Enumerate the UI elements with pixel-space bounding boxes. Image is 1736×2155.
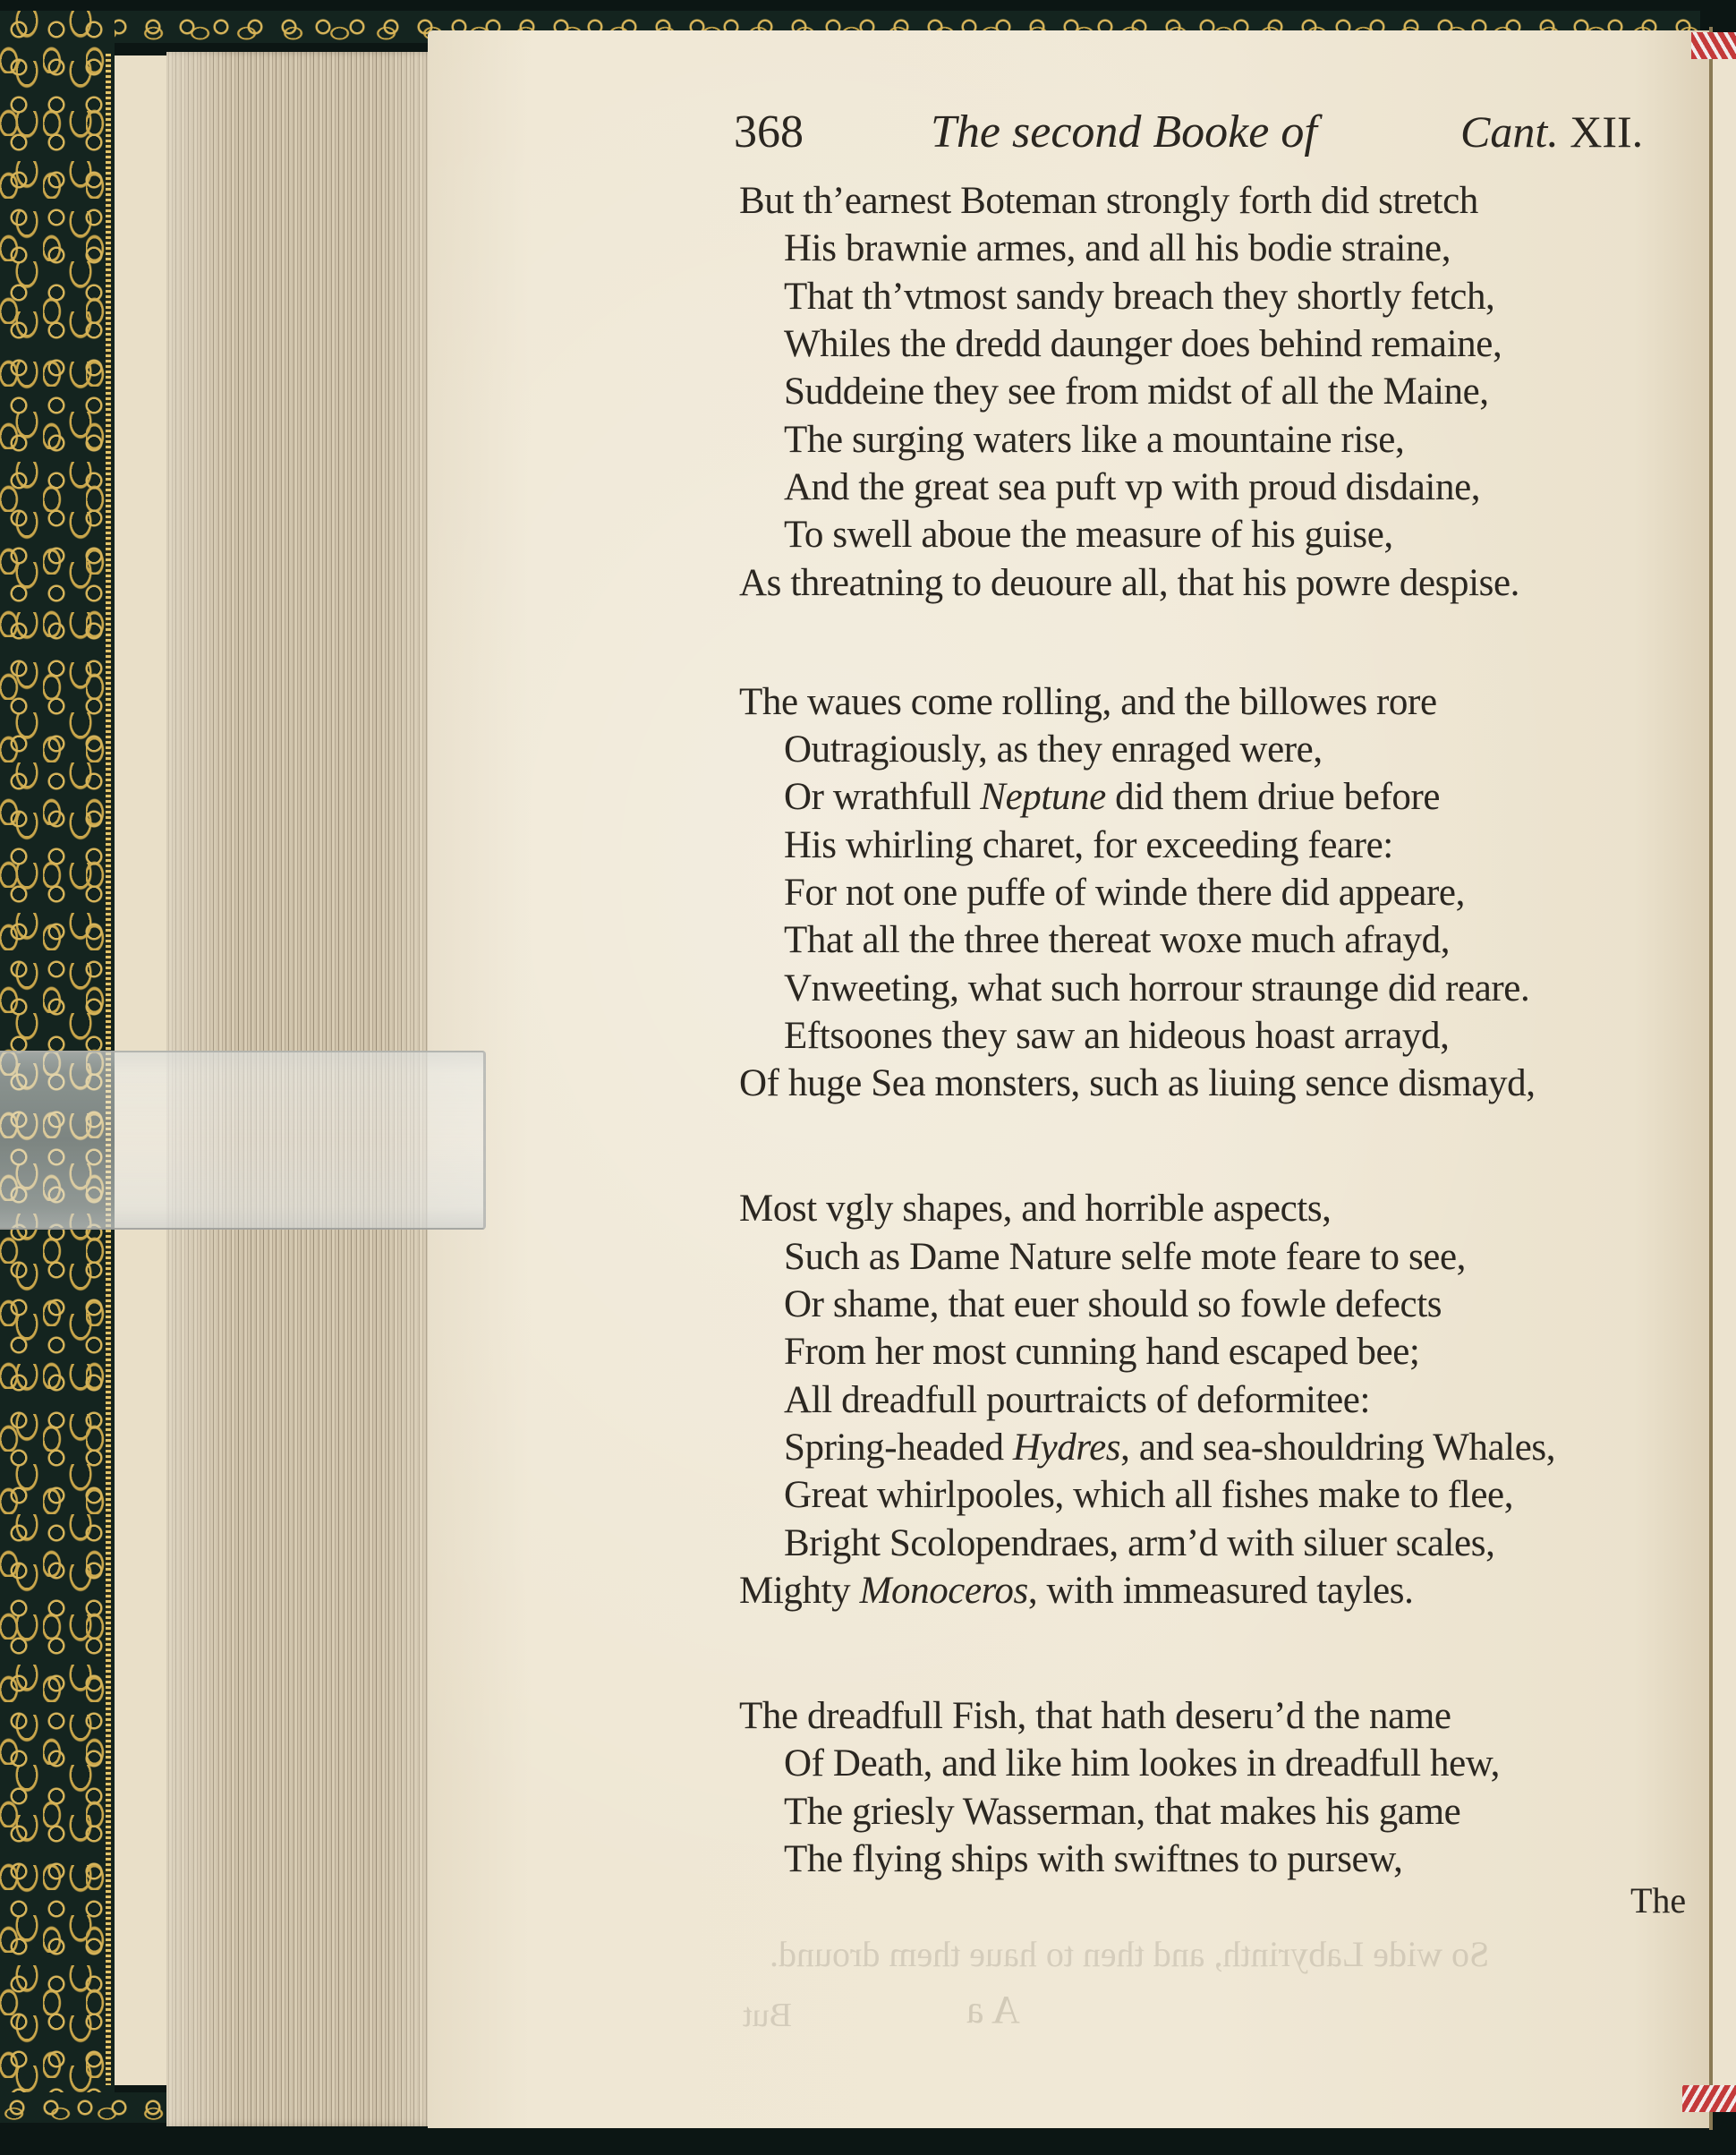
verse-line: To swell aboue the measure of his guise, bbox=[784, 513, 1393, 557]
verse-line: And the great sea puft vp with proud dis… bbox=[784, 465, 1480, 509]
text-roman: Or wrathfull bbox=[784, 776, 980, 818]
verse-line: All dreadfull pourtraicts of deformitee: bbox=[784, 1378, 1370, 1422]
text-roman: Spring-headed bbox=[784, 1427, 1013, 1469]
verse-line: The griesly Wasserman, that makes his ga… bbox=[784, 1790, 1460, 1834]
show-through-catchword: But bbox=[743, 1996, 792, 2035]
verse-line: Great whirlpooles, which all fishes make… bbox=[784, 1473, 1513, 1517]
verse-line: Such as Dame Nature selfe mote feare to … bbox=[784, 1235, 1466, 1279]
verse-line: His whirling charet, for exceeding feare… bbox=[784, 823, 1393, 867]
canto-label: Cant. XII. bbox=[1460, 106, 1643, 158]
verse-line: From her most cunning hand escaped bee; bbox=[784, 1330, 1419, 1374]
verse-line: The surging waters like a mountaine rise… bbox=[784, 418, 1404, 462]
text-italic-name: Neptune bbox=[980, 776, 1106, 818]
verse-line: Suddeine they see from midst of all the … bbox=[784, 370, 1489, 413]
verse-line: That th’vtmost sandy breach they shortly… bbox=[784, 275, 1494, 319]
verse-line: Or wrathfull Neptune did them driue befo… bbox=[784, 775, 1440, 819]
verse-line: Of huge Sea monsters, such as liuing sen… bbox=[739, 1061, 1536, 1105]
canto-prefix: Cant. bbox=[1460, 106, 1559, 157]
verse-line: Most vgly shapes, and horrible aspects, bbox=[739, 1187, 1332, 1231]
verse-line: Bright Scolopendraes, arm’d with siluer … bbox=[784, 1521, 1494, 1565]
verse-line: Spring-headed Hydres, and sea-shouldring… bbox=[784, 1426, 1555, 1469]
verse-line: Outragiously, as they enraged were, bbox=[784, 728, 1323, 771]
text-roman: Mighty bbox=[739, 1570, 860, 1612]
verse-line: That all the three thereat woxe much afr… bbox=[784, 918, 1450, 962]
verse-line: But th’earnest Boteman strongly forth di… bbox=[739, 179, 1478, 223]
verse-line: For not one puffe of winde there did app… bbox=[784, 871, 1465, 915]
show-through-signature: A a bbox=[966, 1987, 1020, 2032]
text-roman: did them driue before bbox=[1106, 776, 1440, 818]
page-holder-strap bbox=[0, 1051, 486, 1230]
running-title: The second Booke of bbox=[931, 106, 1317, 158]
page-number: 368 bbox=[734, 106, 804, 158]
text-roman: , with immeasured tayles. bbox=[1028, 1570, 1414, 1612]
facing-page-edge bbox=[1713, 36, 1736, 2112]
text-italic-name: Hydres bbox=[1013, 1427, 1120, 1469]
verse-line: Vnweeting, what such horrour straunge di… bbox=[784, 967, 1529, 1010]
text-roman: , and sea-shouldring Whales, bbox=[1120, 1427, 1555, 1469]
verse-line: The flying ships with swiftnes to pursew… bbox=[784, 1837, 1402, 1881]
catchword: The bbox=[1630, 1879, 1686, 1921]
verse-line: Of Death, and like him lookes in dreadfu… bbox=[784, 1742, 1500, 1785]
verse-line: Whiles the dredd daunger does behind rem… bbox=[784, 322, 1502, 366]
canto-number: XII. bbox=[1570, 106, 1643, 157]
verse-line: His brawnie armes, and all his bodie str… bbox=[784, 226, 1451, 270]
verse-line: Or shame, that euer should so fowle defe… bbox=[784, 1282, 1442, 1326]
verse-line: The dreadfull Fish, that hath deseru’d t… bbox=[739, 1694, 1451, 1738]
headband-bottom bbox=[1682, 2085, 1736, 2112]
verse-line: Eftsoones they saw an hideous hoast arra… bbox=[784, 1014, 1449, 1058]
verse-line: As threatning to deuoure all, that his p… bbox=[739, 561, 1519, 605]
verse-line: The waues come rolling, and the billowes… bbox=[739, 680, 1437, 724]
show-through-text: So wide Labyrinth, and then to haue them… bbox=[770, 1933, 1489, 1975]
verse-line: Mighty Monoceros, with immeasured tayles… bbox=[739, 1569, 1414, 1613]
headband-top bbox=[1691, 32, 1736, 59]
text-italic-name: Monoceros bbox=[860, 1570, 1028, 1612]
